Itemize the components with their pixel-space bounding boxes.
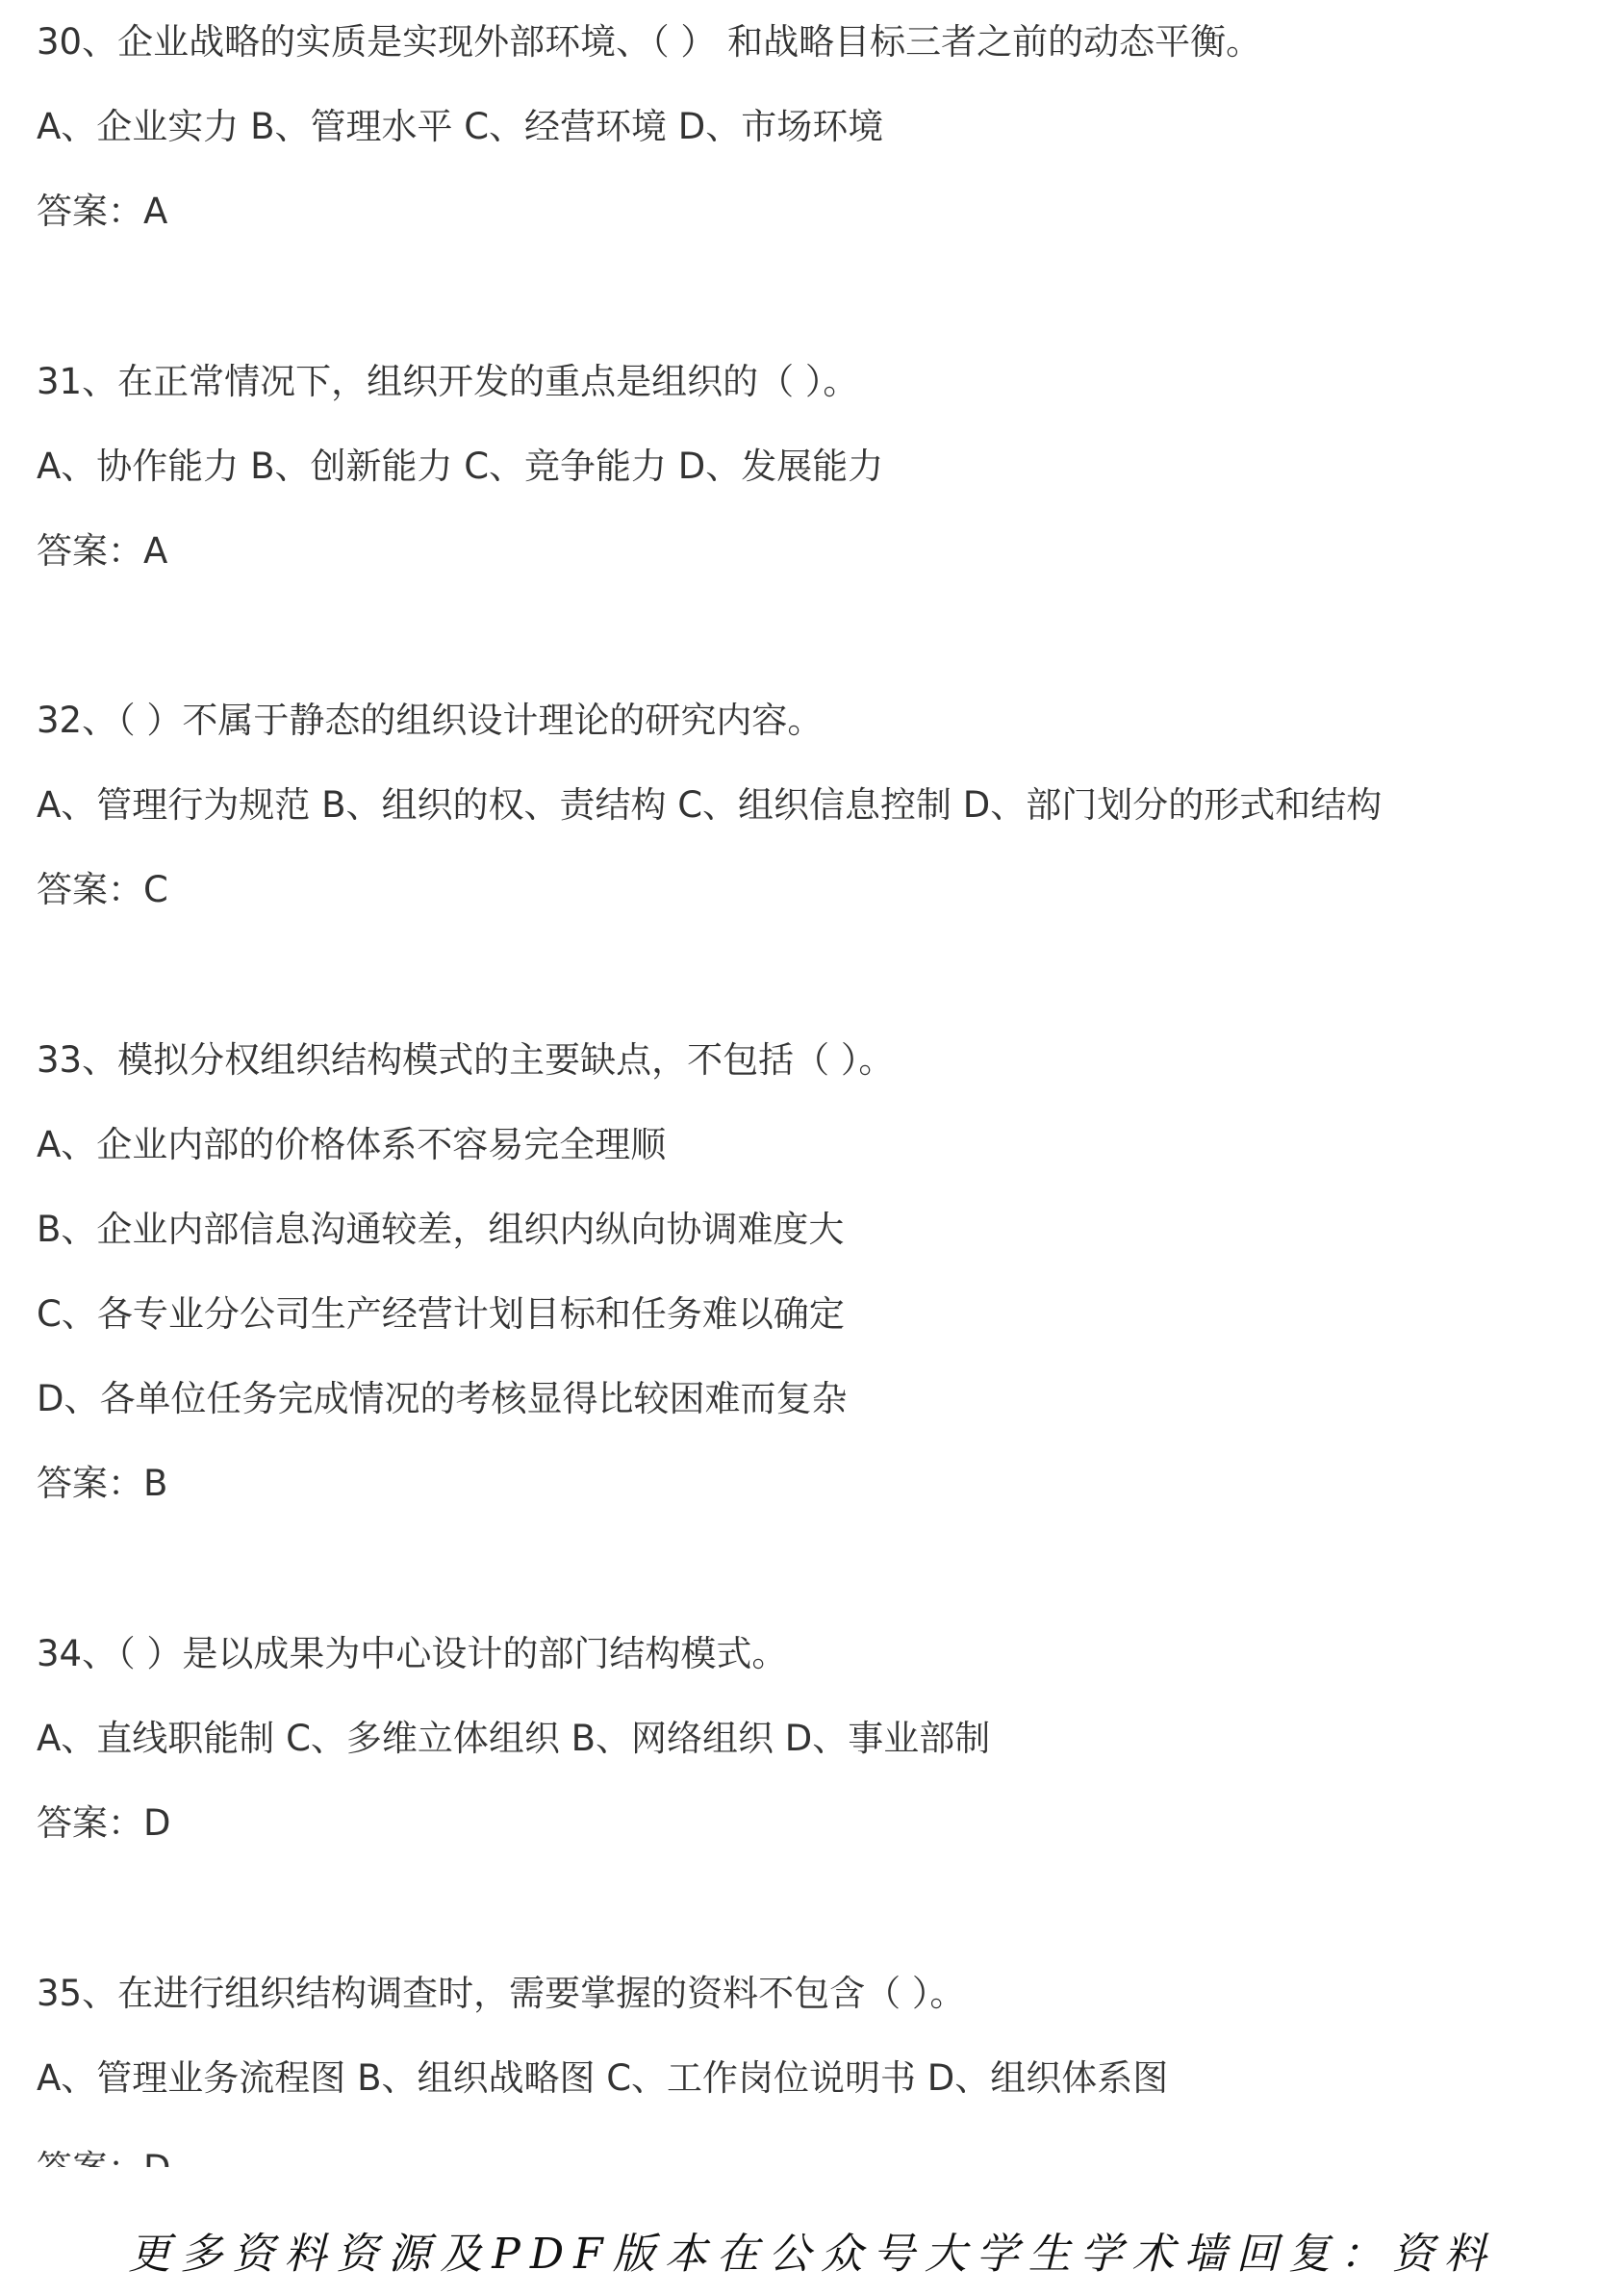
question-34-stem: 34、（ ）是以成果为中心设计的部门结构模式。 (37, 1633, 787, 1675)
question-30-stem: 30、企业战略的实质是实现外部环境、（ ） 和战略目标三者之前的动态平衡。 (37, 21, 1261, 64)
question-32-answer: 答案：C (37, 869, 168, 911)
question-33-option-d: D、各单位任务完成情况的考核显得比较困难而复杂 (37, 1378, 848, 1420)
question-31-stem: 31、在正常情况下，组织开发的重点是组织的（ ）。 (37, 361, 858, 403)
question-35-options: A、管理业务流程图 B、组织战略图 C、工作岗位说明书 D、组织体系图 (37, 2057, 1168, 2100)
question-33-option-c: C、各专业分公司生产经营计划目标和任务难以确定 (37, 1293, 845, 1336)
footer-watermark: 更多资料资源及PDF版本在公众号大学生学术墙回复：资料 (0, 2231, 1624, 2279)
question-33-stem: 33、模拟分权组织结构模式的主要缺点，不包括（ ）。 (37, 1039, 894, 1082)
question-32-options: A、管理行为规范 B、组织的权、责结构 C、组织信息控制 D、部门划分的形式和结… (37, 784, 1382, 827)
question-31-answer: 答案：A (37, 530, 167, 573)
question-33-option-a: A、企业内部的价格体系不容易完全理顺 (37, 1124, 666, 1166)
question-33-answer: 答案：B (37, 1463, 167, 1505)
page-cut-region: 答案：D (0, 2146, 1624, 2167)
document-page: 30、企业战略的实质是实现外部环境、（ ） 和战略目标三者之前的动态平衡。 A、… (0, 0, 1624, 2296)
question-34-answer: 答案：D (37, 1802, 171, 1845)
question-35-stem: 35、在进行组织结构调查时，需要掌握的资料不包含（ ）。 (37, 1973, 965, 2015)
question-32-stem: 32、（ ）不属于静态的组织设计理论的研究内容。 (37, 700, 823, 742)
question-33-option-b: B、企业内部信息沟通较差，组织内纵向协调难度大 (37, 1209, 844, 1251)
question-34-options: A、直线职能制 C、多维立体组织 B、网络组织 D、事业部制 (37, 1718, 990, 1760)
question-30-answer: 答案：A (37, 191, 167, 233)
question-35-answer-clipped: 答案：D (37, 2148, 171, 2167)
question-31-options: A、协作能力 B、创新能力 C、竞争能力 D、发展能力 (37, 446, 883, 488)
question-30-options: A、企业实力 B、管理水平 C、经营环境 D、市场环境 (37, 106, 883, 148)
